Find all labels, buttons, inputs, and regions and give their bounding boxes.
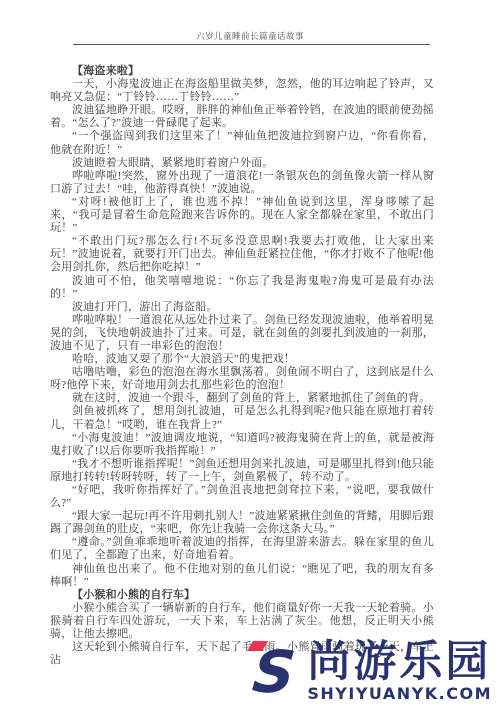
story-paragraph: 波迪打开门，游出了海盗船。 — [50, 301, 434, 314]
logo-s-glyph: S — [238, 640, 311, 704]
logo-s-icon: S — [241, 640, 307, 704]
page-header-title: 六岁儿童睡前长篇童话故事 — [0, 30, 500, 42]
story-paragraph: 剑鱼被抓疼了，想用剑扎波迪，可是怎么扎得到呢?他只能在原地打着转儿，干着急！“哎… — [50, 405, 434, 431]
story-paragraph: 波迪可不怕，他笑嘻嘻地说：“你忘了我是海鬼啦?海鬼可是最有办法的！” — [50, 275, 434, 301]
section-heading: 【海盗来啦】 — [50, 65, 434, 78]
story-body: 【海盗来啦】一天，小海鬼波迪正在海盗船里做美梦，忽然，他的耳边响起了铃声，又响亮… — [50, 65, 434, 667]
story-paragraph: “一个强盗闯到我们这里来了！”神仙鱼把波迪拉到窗户边，“你看你看，他就在附近！” — [50, 130, 434, 156]
story-paragraph: 神仙鱼也出来了。他不住地对别的鱼儿们说：“瞧见了吧，我的朋友有多棒啊！” — [50, 563, 434, 589]
story-paragraph: “跟大家一起玩!再不许用刺扎别人！”波迪紧紧揪住剑鱼的背鳍，用脚后跟踢了踢剑鱼的… — [50, 510, 434, 536]
story-paragraph: “好吧，我听你指挥好了。”剑鱼沮丧地把剑耷拉下来，“说吧，要我做什么?” — [50, 484, 434, 510]
section-heading: 【小猴和小熊的自行车】 — [50, 589, 434, 602]
story-paragraph: “小海鬼波迪！”波迪调皮地说，“知道吗?被海鬼骑在背上的鱼，就是被海鬼打败了!以… — [50, 432, 434, 458]
story-paragraph: “不敢出门玩?那怎么行!不玩多没意思啊!我要去打败他，让大家出来玩！”波迪说着，… — [50, 235, 434, 274]
story-paragraph: 就在这时，波迪一个跟斗，翻到了剑鱼的背上，紧紧地抓住了剑鱼的背。 — [50, 392, 434, 405]
logo-text-block: 尚游乐园 SHYIYUANYK.COM — [307, 640, 492, 703]
story-paragraph: 一天，小海鬼波迪正在海盗船里做美梦，忽然，他的耳边响起了铃声，又响亮又急促：“丁… — [50, 78, 434, 104]
logo-site-domain: SHYIYUANYK.COM — [307, 685, 492, 703]
story-paragraph: 哈哈，波迪又耍了那个“大浪滔天”的鬼把戏！ — [50, 353, 434, 366]
story-paragraph: 小猴小熊合买了一辆崭新的自行车，他们商量好你一天我一天轮着骑。小猴骑着自行车四处… — [50, 602, 434, 641]
story-paragraph: “我才不想听谁指挥呢！”剑鱼还想用剑来扎波迪，可是哪里扎得到!他只能原地打转转!… — [50, 458, 434, 484]
story-paragraph: 咕噜咕噜，彩色的泡泡在海水里飘荡着。剑鱼闹不明白了，这到底是什么呀?他停下来，好… — [50, 366, 434, 392]
header-rule — [73, 44, 430, 45]
story-paragraph: “对呀!被他盯上了，谁也逃不掉！”神仙鱼说到这里，浑身哆嗦了起来，“我可是冒着生… — [50, 196, 434, 235]
story-paragraph: 波迪猛地睁开眼。哎呀，胖胖的神仙鱼正举着铃铛，在波迪的眼前使劲摇着。“怎么了?”… — [50, 104, 434, 130]
story-paragraph: 波迪瞪着大眼睛，紧紧地盯着窗户外面。 — [50, 157, 434, 170]
page-container: 六岁儿童睡前长篇童话故事 【海盗来啦】一天，小海鬼波迪正在海盗船里做美梦，忽然，… — [0, 0, 500, 707]
story-paragraph: 哗啦哗啦!突然，窗外出现了一道浪花!一条银灰色的剑鱼像火箭一样从窗口游了过去！“… — [50, 170, 434, 196]
story-paragraph: “遵命。”剑鱼乖乖地听着波迪的指挥，在海里游来游去。躲在家里的鱼儿们见了，全都跑… — [50, 536, 434, 562]
site-logo: S 尚游乐园 SHYIYUANYK.COM — [241, 640, 492, 704]
story-paragraph: 哗啦哗啦！一道浪花从远处扑过来了。剑鱼已经发现波迪啦，他举着明晃晃的剑，飞快地朝… — [50, 314, 434, 353]
logo-site-name: 尚游乐园 — [307, 640, 492, 685]
